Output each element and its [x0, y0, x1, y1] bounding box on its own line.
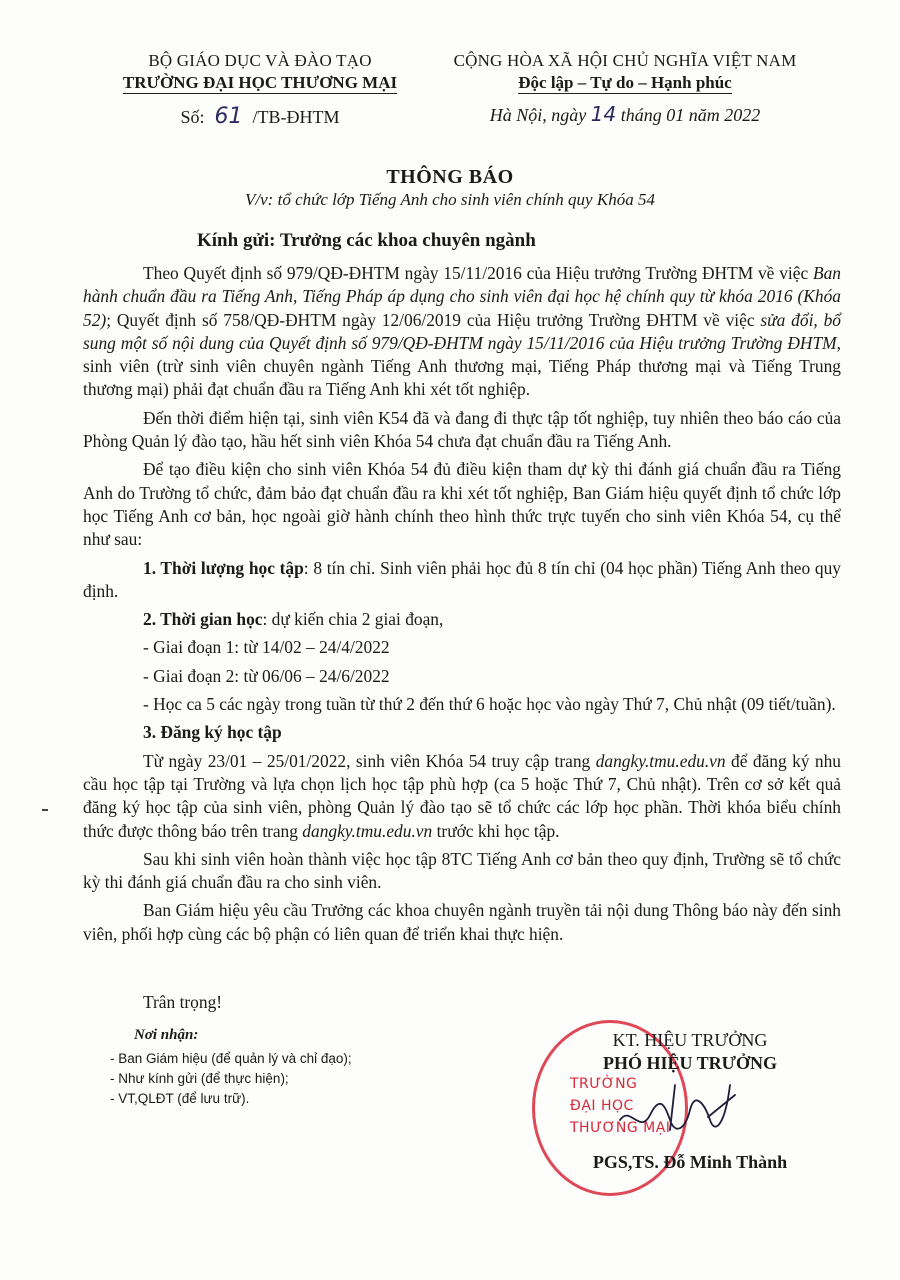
date-day-handwritten: 14 [591, 102, 616, 126]
paragraph-exam: Sau khi sinh viên hoàn thành việc học tậ… [83, 848, 841, 895]
document-number: Số: 61 /TB-ĐHTM [100, 104, 420, 129]
section-text: : dự kiến chia 2 giai đoạn, [262, 609, 443, 629]
recipient-item: - Như kính gửi (để thực hiện); [110, 1069, 352, 1089]
handwritten-signature [610, 1075, 750, 1145]
schedule-item: - Học ca 5 các ngày trong tuần từ thứ 2 … [83, 693, 841, 716]
country-name: CỘNG HÒA XÃ HỘI CHỦ NGHĨA VIỆT NAM [425, 50, 825, 72]
document-body: Theo Quyết định số 979/QĐ-ĐHTM ngày 15/1… [83, 262, 841, 951]
section-registration-heading: 3. Đăng ký học tập [83, 721, 841, 744]
recipient-item: - Ban Giám hiệu (để quản lý và chỉ đạo); [110, 1049, 352, 1069]
recipient-line: Kính gửi: Trưởng các khoa chuyên ngành [197, 230, 536, 252]
document-subject: V/v: tổ chức lớp Tiếng Anh cho sinh viên… [0, 190, 900, 210]
closing-regards: Trân trọng! [143, 992, 222, 1013]
section-duration: 1. Thời lượng học tập: 8 tín chỉ. Sinh v… [83, 557, 841, 604]
date-suffix: tháng 01 năm 2022 [621, 105, 761, 125]
schedule-item: - Giai đoạn 1: từ 14/02 – 24/4/2022 [83, 636, 841, 659]
signer-title: PHÓ HIỆU TRƯỞNG [560, 1053, 820, 1074]
text: ; Quyết định số 758/QĐ-ĐHTM ngày 12/06/2… [106, 310, 760, 330]
national-motto: Độc lập – Tự do – Hạnh phúc [518, 73, 731, 94]
registration-link[interactable]: dangky.tmu.edu.vn [302, 821, 432, 841]
recipients-list: Nơi nhận: - Ban Giám hiệu (để quản lý và… [110, 1025, 352, 1109]
signer-authority: KT. HIỆU TRƯỞNG [560, 1030, 820, 1051]
scan-mark [42, 809, 48, 811]
university-name: TRƯỜNG ĐẠI HỌC THƯƠNG MẠI [123, 73, 397, 94]
text: Từ ngày 23/01 – 25/01/2022, sinh viên Kh… [143, 751, 596, 771]
paragraph-legal-basis: Theo Quyết định số 979/QĐ-ĐHTM ngày 15/1… [83, 262, 841, 402]
signer-name: PGS,TS. Đỗ Minh Thành [560, 1152, 820, 1173]
paragraph-registration: Từ ngày 23/01 – 25/01/2022, sinh viên Kh… [83, 750, 841, 843]
section-heading: 2. Thời gian học [143, 609, 262, 629]
section-heading: 1. Thời lượng học tập [143, 558, 304, 578]
document-title: THÔNG BÁO [0, 166, 900, 189]
paragraph-current-status: Đến thời điểm hiện tại, sinh viên K54 đã… [83, 407, 841, 454]
paragraph-decision: Để tạo điều kiện cho sinh viên Khóa 54 đ… [83, 458, 841, 551]
text: Theo Quyết định số 979/QĐ-ĐHTM ngày 15/1… [143, 263, 813, 283]
issuer-header: BỘ GIÁO DỤC VÀ ĐÀO TẠO TRƯỜNG ĐẠI HỌC TH… [100, 50, 420, 129]
paragraph-request: Ban Giám hiệu yêu cầu Trưởng các khoa ch… [83, 899, 841, 946]
recipient-item: - VT,QLĐT (để lưu trữ). [110, 1089, 352, 1109]
schedule-item: - Giai đoạn 2: từ 06/06 – 24/6/2022 [83, 665, 841, 688]
number-label: Số: [180, 107, 204, 128]
document-date: Hà Nội, ngày 14 tháng 01 năm 2022 [425, 102, 825, 126]
recipients-title: Nơi nhận: [134, 1025, 352, 1045]
national-header: CỘNG HÒA XÃ HỘI CHỦ NGHĨA VIỆT NAM Độc l… [425, 50, 825, 126]
registration-link[interactable]: dangky.tmu.edu.vn [596, 751, 726, 771]
ministry-name: BỘ GIÁO DỤC VÀ ĐÀO TẠO [100, 50, 420, 72]
number-handwritten: 61 [215, 104, 243, 129]
number-suffix: /TB-ĐHTM [253, 107, 340, 128]
section-schedule: 2. Thời gian học: dự kiến chia 2 giai đo… [83, 608, 841, 631]
text: trước khi học tập. [432, 821, 559, 841]
date-prefix: Hà Nội, ngày [490, 105, 587, 125]
